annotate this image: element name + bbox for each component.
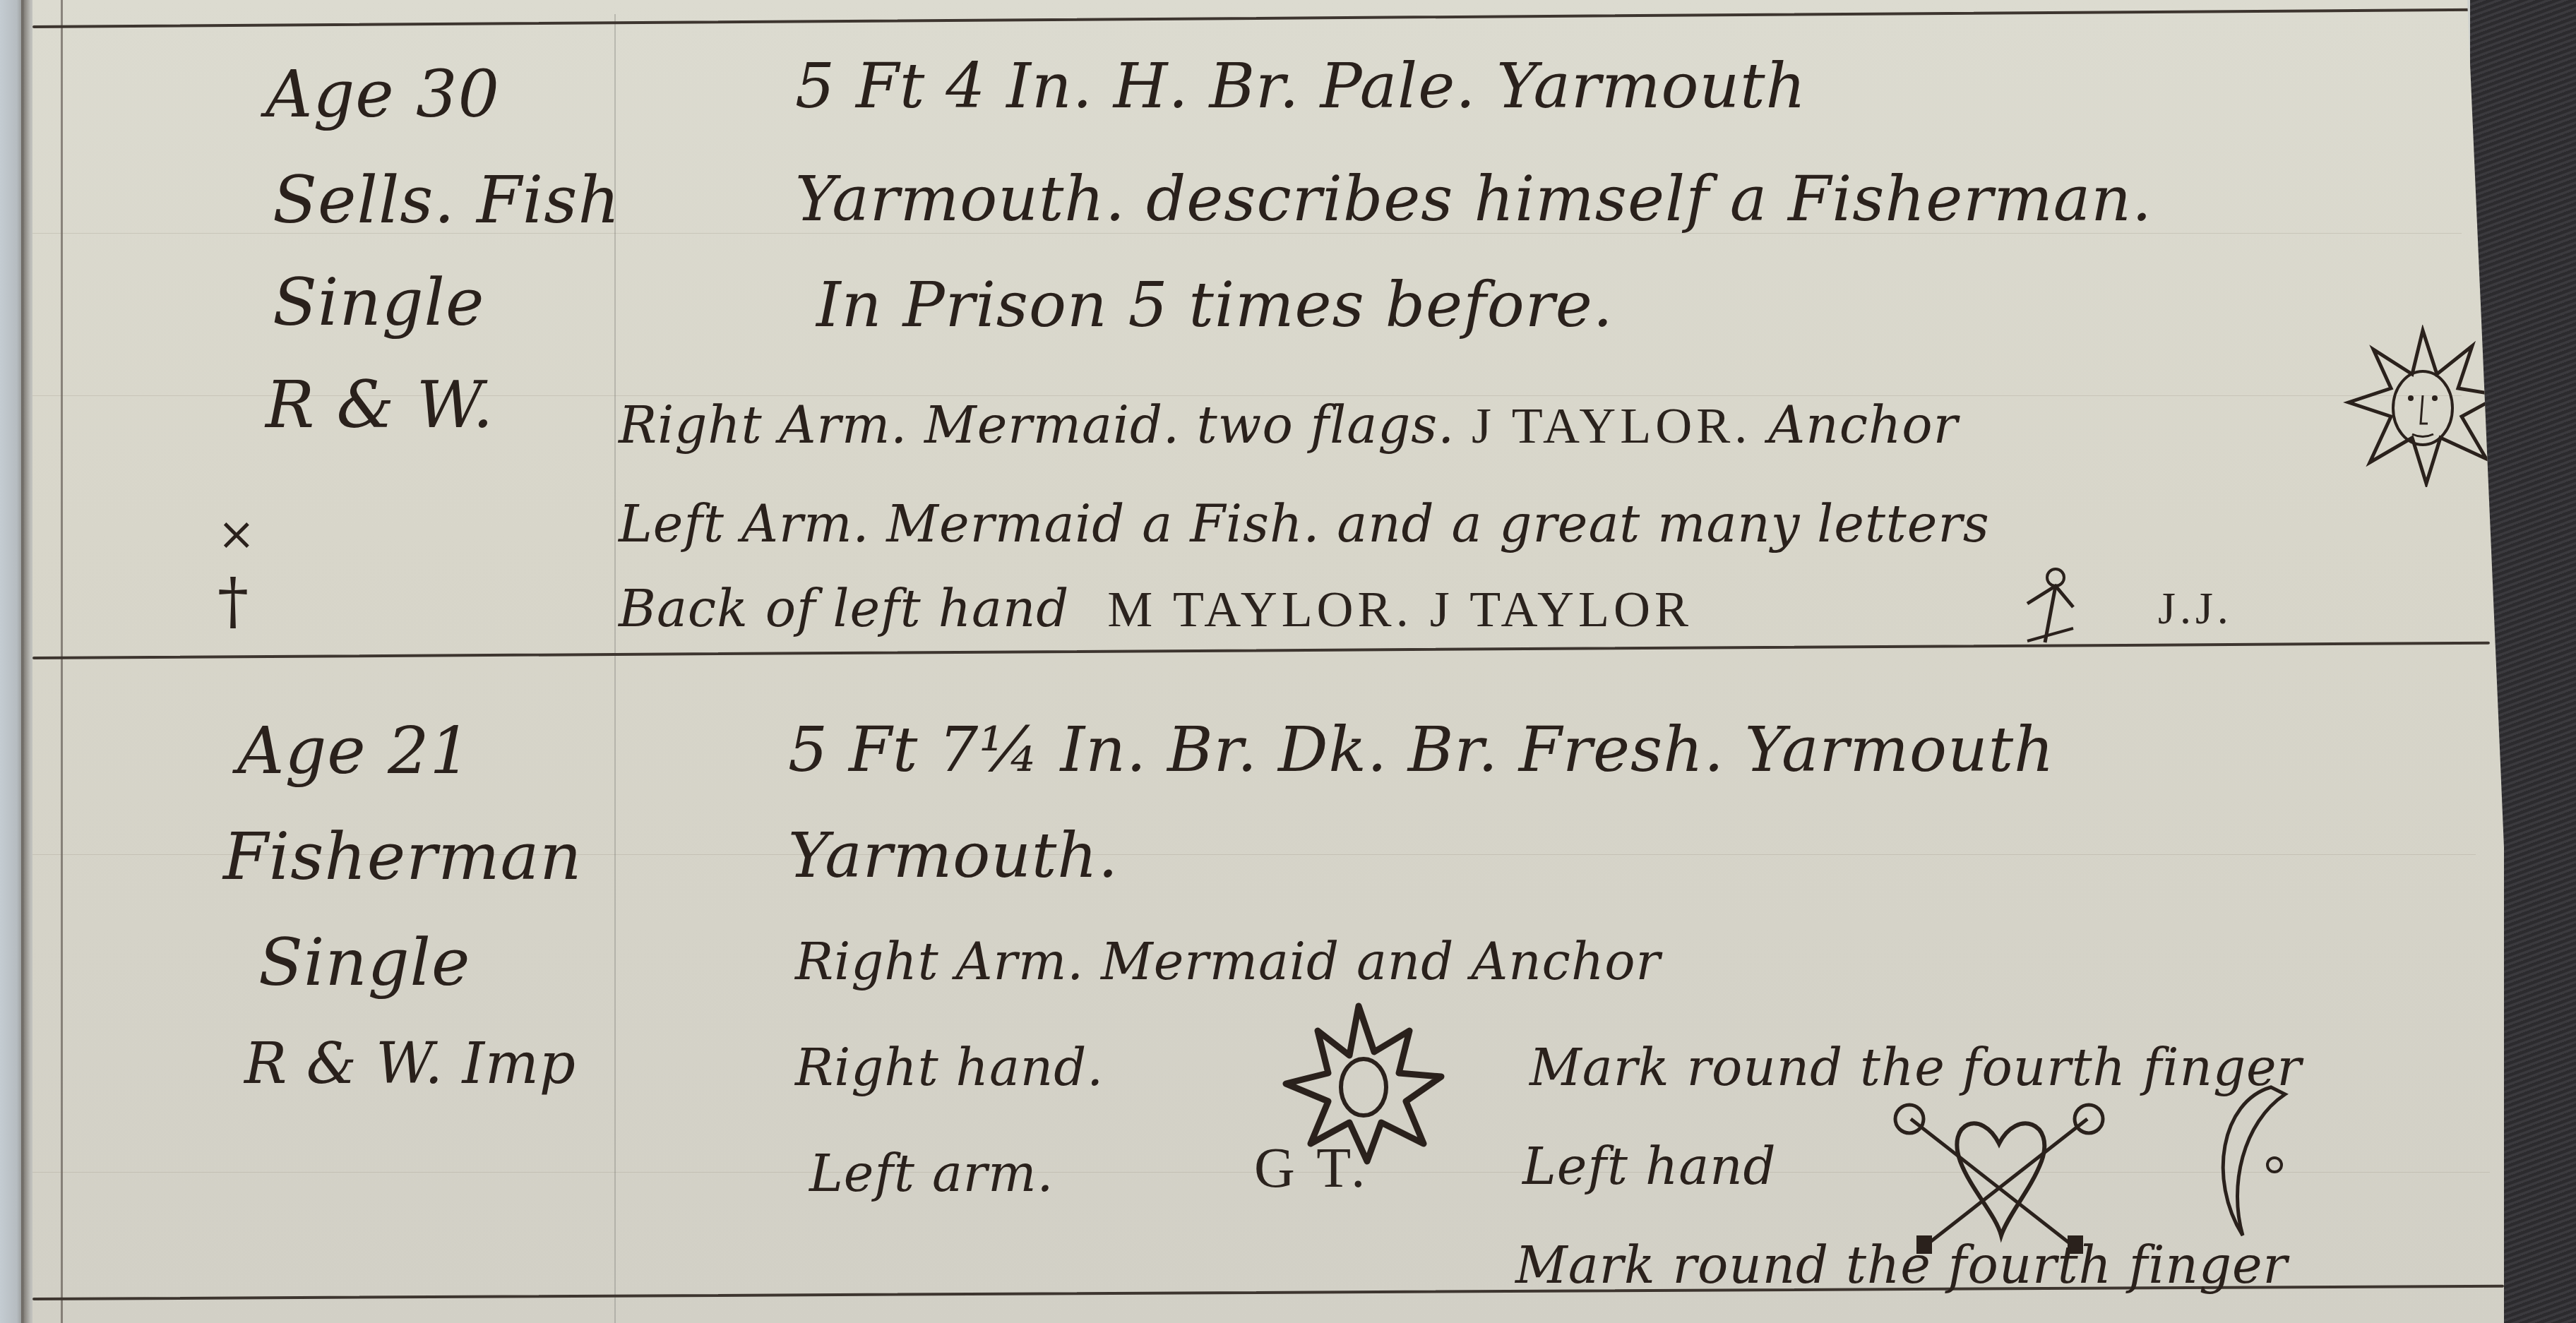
record-2-education: R & W. Imp [244, 1031, 576, 1096]
crescent-moon-icon [2193, 1080, 2306, 1243]
record-1-previous-convictions: In Prison 5 times before. [816, 268, 1614, 341]
record-2-marital-status: Single [258, 925, 470, 1000]
register-page: Age 30 Sells. Fish Single R & W. × † 5 F… [32, 0, 2504, 1323]
mark-text: Mermaid. two flags. [924, 395, 1455, 455]
mark-caps: J TAYLOR. [1472, 397, 1751, 454]
mark-label: Right Arm. [795, 932, 1084, 991]
record-2-mark-initials: G T. [1254, 1137, 1369, 1201]
adjacent-page-edge [0, 0, 24, 1323]
page-margin-line [61, 0, 63, 1323]
mark-caps: M TAYLOR. J TAYLOR [1107, 581, 1693, 637]
sun-face-icon [2342, 325, 2504, 487]
mark-text: Mermaid and Anchor [1101, 932, 1661, 991]
mark-text: Mermaid a Fish. and a great many letters [886, 494, 1989, 553]
record-1-birthplace-residence: Yarmouth. describes himself a Fisherman. [795, 162, 2152, 235]
register-photo: Age 30 Sells. Fish Single R & W. × † 5 F… [0, 0, 2576, 1323]
record-2-mark-fourth-finger-left: Mark round the fourth finger [1515, 1235, 2288, 1295]
record-2-mark-left-hand-label: Left hand [1522, 1137, 1777, 1196]
record-2-mark-right-arm: Right Arm. Mermaid and Anchor [795, 932, 1661, 991]
record-1-marital-status: Single [273, 265, 484, 340]
margin-cross-mark: † [217, 565, 249, 637]
record-1-height-hair-complexion: 5 Ft 4 In. H. Br. Pale. Yarmouth [795, 49, 1806, 122]
record-2-height-hair-complexion: 5 Ft 7¼ In. Br. Dk. Br. Fresh. Yarmouth [788, 713, 2055, 786]
record-1-education: R & W. [266, 367, 494, 443]
record-2-mark-right-hand-label: Right hand. [795, 1038, 1104, 1097]
record-1-mark-back-of-left-hand: Back of left hand M TAYLOR. J TAYLOR [619, 579, 1693, 639]
record-2-age: Age 21 [237, 713, 472, 789]
record-1-occupation: Sells. Fish [273, 162, 621, 238]
record-2-occupation: Fisherman [223, 819, 583, 894]
record-separator-top [32, 8, 2476, 28]
record-1-initials: J.J. [2158, 582, 2233, 635]
heart-crossed-arrows-icon [1883, 1094, 2116, 1257]
record-2-mark-fourth-finger-right: Mark round the fourth finger [1529, 1038, 2302, 1097]
mark-label: Left Arm. [619, 494, 869, 553]
record-1-age: Age 30 [266, 56, 500, 132]
record-separator-middle [32, 642, 2490, 659]
record-2-mark-left-arm-label: Left arm. [809, 1144, 1054, 1203]
stick-figure-icon [2017, 565, 2087, 649]
mark-after: Anchor [1768, 395, 1958, 455]
record-1-mark-right-arm: Right Arm. Mermaid. two flags. J TAYLOR.… [619, 395, 1958, 455]
record-2-birthplace-residence: Yarmouth. [788, 819, 1119, 892]
mark-label: Right Arm. [619, 395, 907, 455]
record-1-mark-left-arm: Left Arm. Mermaid a Fish. and a great ma… [619, 494, 1990, 553]
mark-label: Back of left hand [619, 579, 1069, 638]
margin-x-mark: × [217, 508, 256, 561]
